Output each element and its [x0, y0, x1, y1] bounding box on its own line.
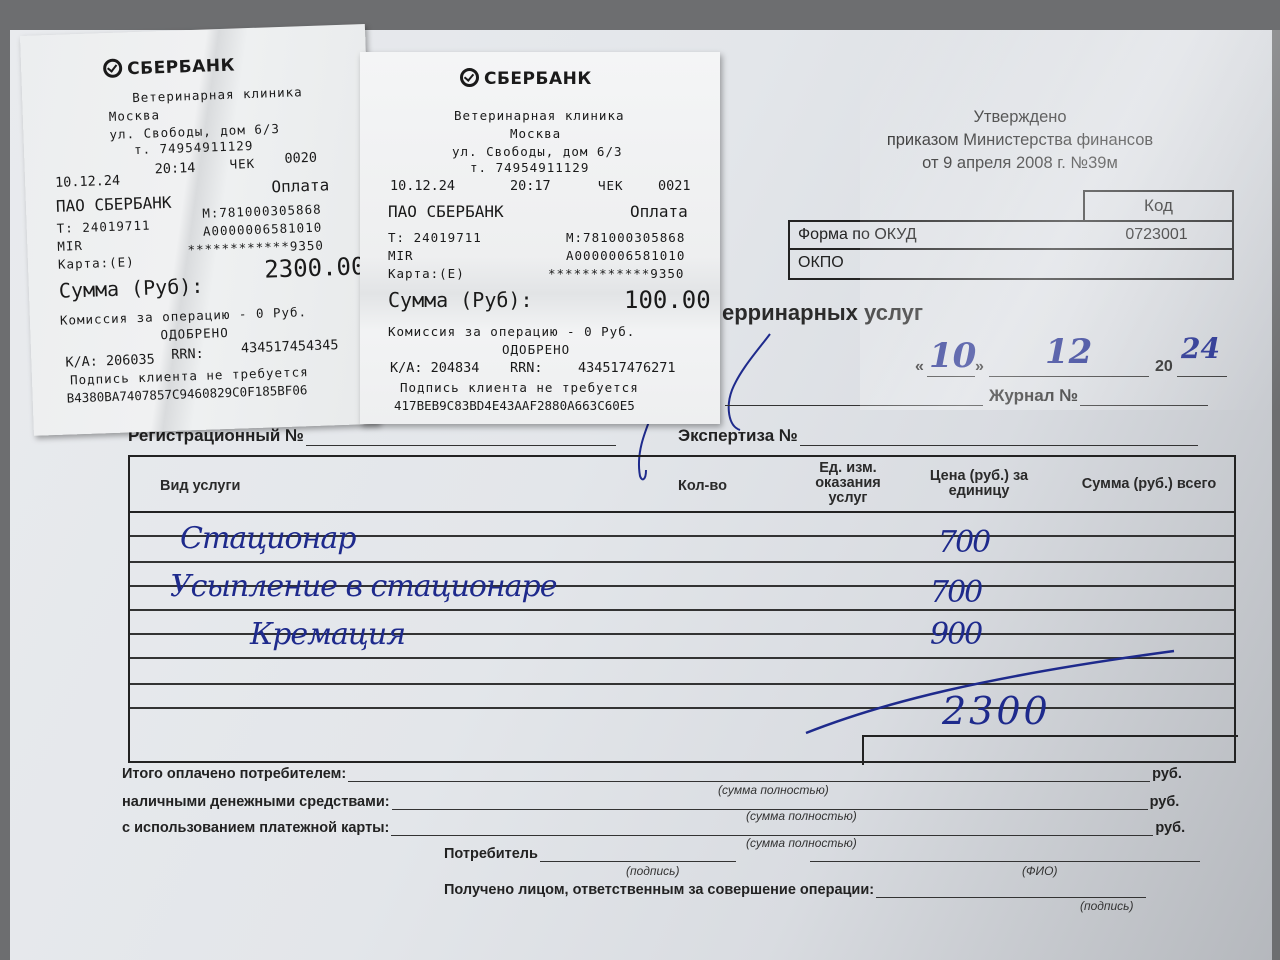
col-price: Цена (руб.) за единицу	[925, 469, 1033, 499]
price-row-1: 700	[938, 525, 989, 560]
currency-3: руб.	[1155, 820, 1185, 836]
receipt-city: Москва	[510, 126, 561, 141]
fio-hint: (ФИО)	[1022, 864, 1057, 878]
receipt-hash: 417BEB9C83BD4E43AAF2880A663C60E5	[394, 398, 635, 413]
sber-logo-icon	[103, 58, 123, 78]
expertise-label: Экспертиза №	[678, 426, 798, 446]
receipt-fee: Комиссия за операцию - 0 Руб.	[60, 304, 308, 328]
receipt-signature-note: Подпись клиента не требуется	[400, 380, 639, 395]
receipt-auth-code: К/А: 204834	[390, 360, 479, 376]
receipt-merchant: Ветеринарная клиника	[132, 84, 303, 105]
receipt-rrn-label: RRN:	[171, 346, 204, 363]
consumer-name-line[interactable]	[810, 848, 1200, 862]
paid-card-field[interactable]: с использованием платежной карты: руб.	[122, 820, 1185, 836]
col-service: Вид услуги	[160, 479, 240, 494]
receipt-check-no: 0020	[284, 150, 317, 167]
bank-logo: СБЕРБАНК	[460, 68, 592, 89]
total-cell	[862, 735, 1238, 765]
bank-logo: СБЕРБАНК	[103, 55, 235, 81]
receipt-time: 20:14	[154, 160, 195, 177]
document-title: ерринарных услуг	[722, 300, 923, 326]
receipt-rrn: 434517476271	[578, 360, 676, 376]
consumer-field[interactable]: Потребитель	[444, 846, 1202, 862]
expertise-value[interactable]	[800, 428, 1198, 446]
date-month: 12	[1045, 332, 1092, 372]
receipt-address: ул. Свободы, дом 6/3	[452, 144, 623, 159]
paid-card-label: с использованием платежной карты:	[122, 820, 389, 836]
journal-value[interactable]	[1080, 388, 1208, 406]
date-year: 24	[1181, 332, 1220, 365]
sber-logo-icon	[460, 68, 479, 87]
approval-block: Утверждено приказом Министерства финансо…	[840, 106, 1200, 175]
paid-total-field[interactable]: Итого оплачено потребителем: руб.	[122, 766, 1182, 782]
receipt-merchant-id: М:781000305868	[202, 202, 322, 221]
okud-row: Форма по ОКУД 0723001	[788, 220, 1234, 250]
approved-heading: Утверждено	[840, 106, 1200, 129]
receipt-city: Москва	[109, 107, 161, 124]
receipt-card-mask: ************9350	[548, 266, 684, 281]
receipt-date: 10.12.24	[55, 173, 121, 191]
expertise-field[interactable]: Экспертиза №	[678, 426, 1198, 446]
service-row-2: Усыпление в стационаре	[170, 569, 557, 604]
paid-cash-field[interactable]: наличными денежными средствами: руб.	[122, 794, 1179, 810]
receipt-check-label: ЧЕК	[229, 156, 255, 172]
receipt-card-entry: Карта:(Е)	[388, 266, 465, 281]
receipt-sum-label: Сумма (Руб):	[58, 274, 203, 303]
received-signature-line[interactable]	[876, 884, 1146, 898]
receipt-time: 20:17	[510, 178, 551, 194]
total-handwritten: 2300	[942, 689, 1051, 733]
table-rule-line	[130, 609, 1234, 611]
date-field[interactable]: « » 20 10 12 24	[915, 344, 1245, 378]
price-row-2: 700	[930, 575, 981, 610]
receipt-auth-code: К/А: 206035	[65, 351, 155, 370]
okpo-value	[1081, 250, 1232, 278]
receipt-date: 10.12.24	[390, 178, 455, 194]
registration-value[interactable]	[306, 428, 616, 446]
receipt-acquirer: ПАО СБЕРБАНК	[56, 193, 172, 216]
receipt-check-no: 0021	[658, 178, 691, 194]
receipt-terminal: Т: 24019711	[56, 218, 150, 236]
receipt-merchant-id: М:781000305868	[566, 230, 685, 245]
col-qty: Кол-во	[678, 479, 727, 494]
signature-hint-2: (подпись)	[1080, 899, 1134, 913]
currency-2: руб.	[1150, 794, 1180, 810]
journal-label: Журнал №	[989, 386, 1078, 406]
receipt-acquirer: ПАО СБЕРБАНК	[388, 202, 504, 221]
receipt-rrn: 434517454345	[241, 337, 339, 356]
col-unit: Ед. изм. оказания услуг	[800, 461, 896, 506]
journal-field[interactable]: Журнал №	[725, 386, 1208, 406]
receipt-fee: Комиссия за операцию - 0 Руб.	[388, 324, 635, 339]
services-table-header: Вид услуги Кол-во Ед. изм. оказания услу…	[130, 457, 1234, 513]
consumer-label: Потребитель	[444, 846, 538, 862]
receipt-status: ОДОБРЕНО	[160, 325, 229, 342]
services-table: Вид услуги Кол-во Ед. изм. оказания услу…	[128, 455, 1236, 763]
receipt-merchant: Ветеринарная клиника	[454, 108, 625, 123]
receipt-phone: т. 74954911129	[134, 138, 254, 157]
receipt-operation: Оплата	[630, 202, 688, 221]
receipt-card-system: MIR	[388, 248, 414, 263]
approved-order: приказом Министерства финансов	[840, 129, 1200, 152]
table-rule-line	[130, 561, 1234, 563]
paid-cash-label: наличными денежными средствами:	[122, 794, 390, 810]
consumer-signature-line[interactable]	[540, 848, 736, 862]
code-table: Код Форма по ОКУД 0723001 ОКПО	[788, 190, 1234, 280]
receipt-operation: Оплата	[271, 175, 329, 196]
col-sum: Сумма (руб.) всего	[1060, 477, 1238, 492]
receipt-1: СБЕРБАНК Ветеринарная клиника Москва ул.…	[20, 24, 379, 436]
receipt-card-system: MIR	[57, 238, 83, 254]
okud-label: Форма по ОКУД	[790, 222, 1081, 248]
received-field[interactable]: Получено лицом, ответственным за соверше…	[444, 882, 1148, 898]
receipt-sum-label: Сумма (Руб):	[388, 288, 533, 312]
currency-1: руб.	[1152, 766, 1182, 782]
okpo-label: ОКПО	[790, 250, 1081, 278]
service-row-3: Кремация	[250, 617, 405, 652]
receipt-sum: 2300.00	[264, 252, 366, 284]
receipt-aid: A0000006581010	[566, 248, 685, 263]
paid-total-label: Итого оплачено потребителем:	[122, 766, 346, 782]
okpo-row: ОКПО	[788, 250, 1234, 280]
receipt-sum: 100.00	[624, 286, 711, 314]
receipt-aid: A0000006581010	[203, 220, 323, 239]
handwritten-mark-icon	[718, 330, 778, 440]
code-header: Код	[1083, 190, 1234, 220]
receipt-address: ул. Свободы, дом 6/3	[109, 121, 280, 142]
receipt-2: СБЕРБАНК Ветеринарная клиника Москва ул.…	[360, 52, 720, 424]
approved-date: от 9 апреля 2008 г. №39м	[840, 152, 1200, 175]
receipt-phone: т. 74954911129	[470, 160, 589, 175]
okud-value: 0723001	[1081, 222, 1232, 248]
receipt-card-entry: Карта:(Е)	[58, 254, 135, 272]
service-row-1: Стационар	[180, 521, 355, 556]
received-label: Получено лицом, ответственным за соверше…	[444, 882, 874, 898]
date-day: 10	[929, 336, 976, 376]
signature-hint-1: (подпись)	[626, 864, 680, 878]
receipt-status: ОДОБРЕНО	[502, 342, 570, 357]
receipt-check-label: ЧЕК	[598, 178, 624, 193]
receipt-rrn-label: RRN:	[510, 360, 543, 376]
receipt-terminal: Т: 24019711	[388, 230, 482, 245]
